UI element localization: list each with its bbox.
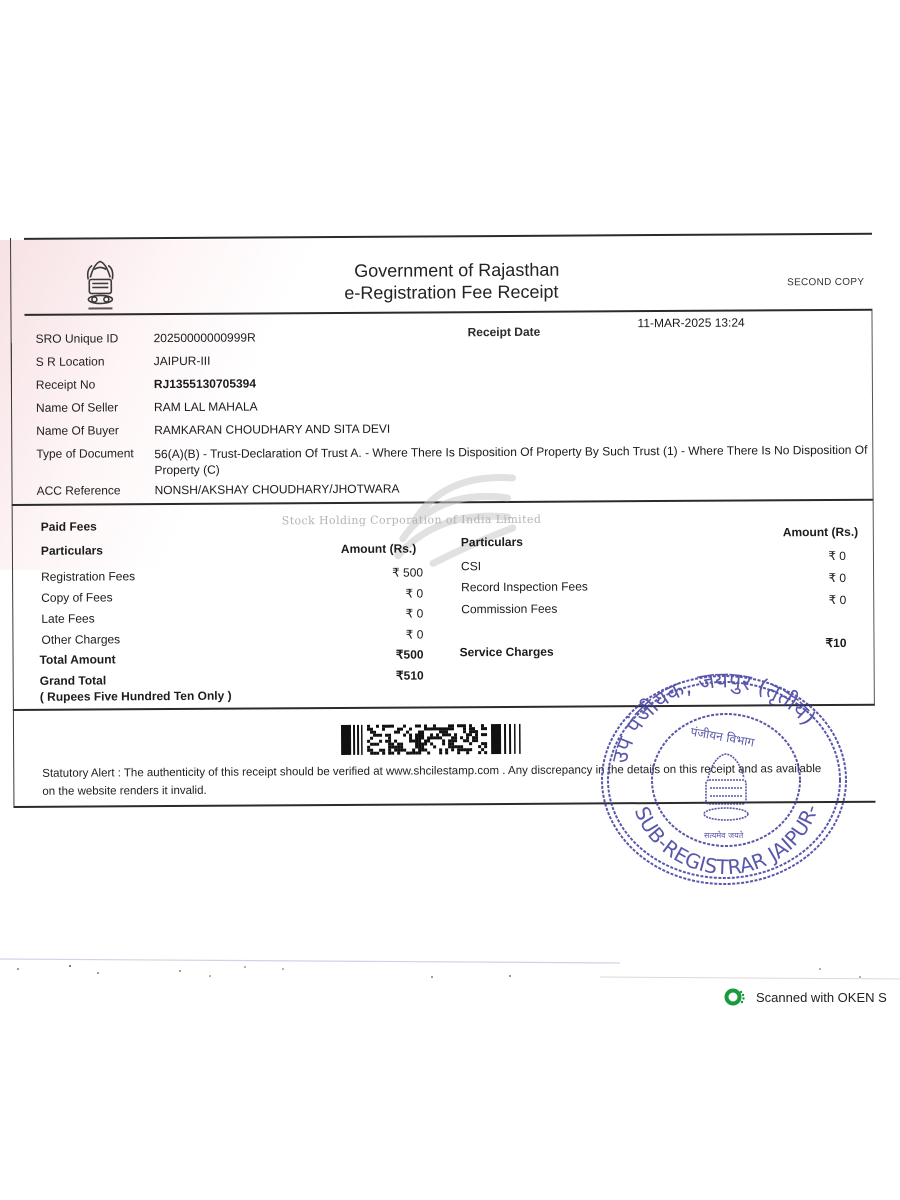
copy-label: SECOND COPY — [787, 277, 864, 288]
receipt-details: SRO Unique ID 20250000000999R Receipt Da… — [10, 311, 873, 506]
total-amount-value: ₹500 — [344, 647, 424, 661]
fee-label: Record Inspection Fees — [461, 579, 588, 594]
receipt-no-label: Receipt No — [36, 377, 154, 392]
left-particulars-header: Particulars — [41, 543, 103, 557]
fee-amount: ₹ 0 — [343, 586, 423, 600]
fee-label: Registration Fees — [41, 569, 135, 584]
grand-total-value: ₹510 — [344, 668, 424, 682]
acc-reference-value: NONSH/AKSHAY CHOUDHARY/JHOTWARA — [155, 482, 400, 497]
stamp-inner-hindi: पंजीयन विभाग — [690, 725, 756, 750]
oken-scanner-logo-icon — [724, 986, 746, 1008]
header-fold — [10, 238, 24, 316]
title-line-1: Government of Rajasthan — [344, 258, 664, 282]
left-amount-header: Amount (Rs.) — [341, 542, 416, 556]
document-type-label: Type of Document — [36, 446, 154, 479]
scan-noise — [0, 955, 900, 985]
paid-fees-title: Paid Fees — [41, 519, 97, 533]
fee-label: Copy of Fees — [41, 590, 112, 604]
seller-label: Name Of Seller — [36, 400, 154, 415]
sro-unique-id-row: SRO Unique ID 20250000000999R — [36, 331, 256, 346]
stamp-outer-hindi: उप पंजीयक, जयपुर (तृतीय) — [608, 668, 820, 765]
document-type-row: Type of Document 56(A)(B) - Trust-Declar… — [36, 442, 874, 479]
grand-total-label: Grand Total — [40, 673, 107, 687]
buyer-label: Name Of Buyer — [36, 423, 154, 438]
title-line-2: e-Registration Fee Receipt — [344, 280, 664, 304]
right-amount-header: Amount (Rs.) — [783, 525, 858, 539]
acc-reference-label: ACC Reference — [37, 483, 155, 498]
sro-unique-id-label: SRO Unique ID — [36, 331, 154, 346]
sr-location-value: JAIPUR-III — [154, 354, 211, 368]
receipt-title: Government of Rajasthan e-Registration F… — [344, 258, 664, 304]
barcode-icon — [339, 722, 529, 757]
seller-row: Name Of Seller RAM LAL MAHALA — [36, 399, 258, 414]
acc-reference-row: ACC Reference NONSH/AKSHAY CHOUDHARY/JHO… — [37, 482, 400, 498]
buyer-row: Name Of Buyer RAMKARAN CHOUDHARY AND SIT… — [36, 422, 390, 438]
receipt-header: Government of Rajasthan e-Registration F… — [24, 233, 872, 316]
service-charges-value: ₹10 — [766, 636, 846, 650]
fee-amount: ₹ 0 — [343, 627, 423, 641]
receipt-date: Receipt Date 11-MAR-2025 13:24 — [468, 325, 541, 339]
fee-amount: ₹ 500 — [343, 565, 423, 579]
fee-amount: ₹ 0 — [766, 571, 846, 585]
fee-amount: ₹ 0 — [343, 606, 423, 620]
scanner-text: Scanned with OKEN S — [756, 990, 887, 1005]
fee-label: Late Fees — [41, 611, 94, 625]
fee-label: CSI — [461, 559, 481, 573]
sub-registrar-stamp-icon: उप पंजीयक, जयपुर (तृतीय) SUB-REGISTRAR J… — [596, 668, 852, 896]
sr-location-label: S R Location — [36, 354, 154, 369]
scanner-watermark: Scanned with OKEN S — [724, 986, 887, 1008]
service-charges-label: Service Charges — [459, 645, 553, 660]
receipt-no-row: Receipt No RJ1355130705394 — [36, 377, 256, 392]
fee-amount: ₹ 0 — [766, 593, 846, 607]
total-amount-label: Total Amount — [40, 652, 116, 666]
receipt-date-label: Receipt Date — [468, 325, 541, 339]
receipt-date-value: 11-MAR-2025 13:24 — [637, 316, 744, 331]
sro-unique-id-value: 20250000000999R — [154, 331, 256, 346]
document-type-value: 56(A)(B) - Trust-Declaration Of Trust A.… — [154, 442, 874, 478]
fee-label: Other Charges — [41, 632, 120, 646]
fee-label: Commission Fees — [461, 602, 557, 617]
receipt-no-value: RJ1355130705394 — [154, 377, 256, 392]
right-particulars-header: Particulars — [461, 535, 523, 549]
state-emblem-icon — [78, 257, 122, 313]
sr-location-row: S R Location JAIPUR-III — [36, 354, 211, 369]
fee-amount: ₹ 0 — [766, 549, 846, 563]
buyer-value: RAMKARAN CHOUDHARY AND SITA DEVI — [154, 422, 390, 437]
amount-in-words: ( Rupees Five Hundred Ten Only ) — [40, 689, 232, 704]
seller-value: RAM LAL MAHALA — [154, 399, 258, 414]
stamp-motto: सत्यमेव जयते — [704, 830, 744, 840]
